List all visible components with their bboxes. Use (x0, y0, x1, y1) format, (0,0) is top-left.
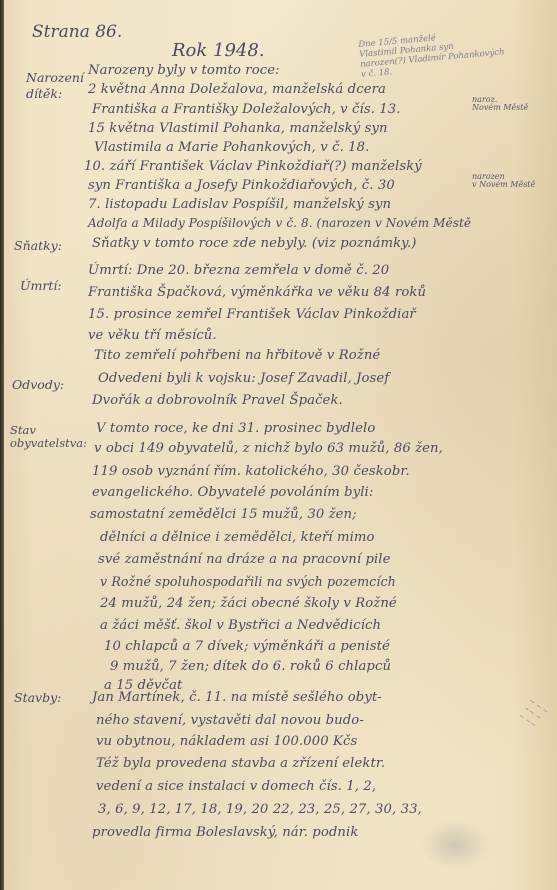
ledger-page: Strana 86. Rok 1948. Dne 15/5 manželé Vl… (0, 0, 557, 890)
section-label-deaths: Úmrtí: (20, 278, 62, 294)
population-line: 9 mužů, 7 žen; dítek do 6. roků 6 chlapc… (110, 659, 391, 674)
births-line: 2 května Anna Doležalova, manželská dcer… (88, 82, 386, 97)
deaths-line: Tito zemřelí pohřbeni na hřbitově v Rožn… (94, 348, 380, 363)
population-line: a žáci měšť. škol v Bystřici a Nedvědicí… (100, 618, 381, 633)
margin-scribble: ~ ~ ~ ~~ ~ ~ ~~ (498, 697, 557, 763)
buildings-line: Jan Martínek, č. 11. na místě sešlého ob… (92, 690, 382, 705)
birthplace-annotation: narozen v Novém Městě (472, 173, 535, 189)
buildings-line: 3, 6, 9, 12, 17, 18, 19, 20 22, 23, 25, … (98, 802, 422, 817)
population-line: své zaměstnání na dráze a na pracovní pi… (98, 552, 391, 567)
births-line: Vlastimila a Marie Pohankových, v č. 18. (94, 140, 369, 155)
buildings-line: vu obytnou, nákladem asi 100.000 Kčs (96, 734, 357, 749)
section-label-conscription: Odvody: (12, 377, 64, 393)
binding-edge (0, 0, 4, 890)
population-line: evangelického. Obyvatelé povoláním byli: (92, 485, 373, 500)
buildings-line: Též byla provedena stavba a zřízení elek… (96, 756, 385, 771)
births-line: 10. září František Václav Pinkoždiař(?) … (84, 159, 422, 174)
year-heading: Rok 1948. (172, 40, 265, 61)
population-line: samostatní zemědělci 15 mužů, 30 žen; (90, 507, 357, 522)
births-line: Narozeny byly v tomto roce: (88, 63, 280, 78)
deaths-line: Úmrtí: Dne 20. března zemřela v domě č. … (88, 263, 389, 278)
section-label-marriages: Sňatky: (14, 238, 62, 254)
conscription-line: Dvořák a dobrovolník Pravel Špaček. (92, 393, 343, 408)
population-line: v obci 149 obyvatelů, z nichž bylo 63 mu… (94, 441, 443, 456)
page-number: Strana 86. (32, 22, 122, 42)
buildings-line: vedení a sice instalaci v domech čís. 1,… (96, 779, 376, 794)
deaths-line: 15. prosince zemřel František Václav Pin… (88, 307, 416, 322)
section-label-births: Narození dítěk: (26, 70, 84, 102)
births-line: 7. listopadu Ladislav Pospíšil, manželsk… (88, 197, 391, 212)
population-line: 24 mužů, 24 žen; žáci obecné školy v Rož… (100, 596, 397, 611)
birthplace-annotation: naroz. Novém Městě (472, 96, 528, 112)
population-line: V tomto roce, ke dni 31. prosinec bydlel… (96, 421, 375, 436)
population-line: 10 chlapců a 7 dívek; výměnkáři a penist… (104, 639, 390, 654)
population-line: v Rožné spoluhospodařili na svých pozemc… (100, 574, 396, 589)
pencil-side-note: Dne 15/5 manželé Vlastimil Pohanka syn n… (358, 27, 506, 79)
deaths-line: Františka Špačková, výměnkářka ve věku 8… (88, 285, 426, 300)
buildings-line: provedla firma Boleslavský, nár. podnik (92, 825, 358, 840)
births-line: 15 května Vlastimil Pohanka, manželský s… (88, 121, 388, 136)
births-line: Adolfa a Milady Pospíšilových v č. 8. (n… (88, 216, 471, 230)
births-line: syn Františka a Josefy Pinkoždiařových, … (88, 178, 395, 193)
conscription-line: Odvedeni byli k vojsku: Josef Zavadil, J… (98, 371, 389, 386)
marriages-line: Sňatky v tomto roce zde nebyly. (viz poz… (92, 236, 417, 251)
population-line: 119 osob vyznání řím. katolického, 30 če… (92, 464, 410, 479)
population-line: dělníci a dělnice i zemědělci, kteří mim… (100, 530, 375, 545)
section-label-population: Stav obyvatelstva: (10, 424, 87, 450)
section-label-buildings: Stavby: (14, 690, 61, 706)
deaths-line: ve věku tří měsíců. (88, 328, 217, 343)
buildings-line: ného stavení, vystavěti dal novou budo- (96, 713, 364, 728)
ink-stain (420, 820, 490, 870)
births-line: Františka a Františky Doležalových, v čí… (92, 102, 401, 117)
